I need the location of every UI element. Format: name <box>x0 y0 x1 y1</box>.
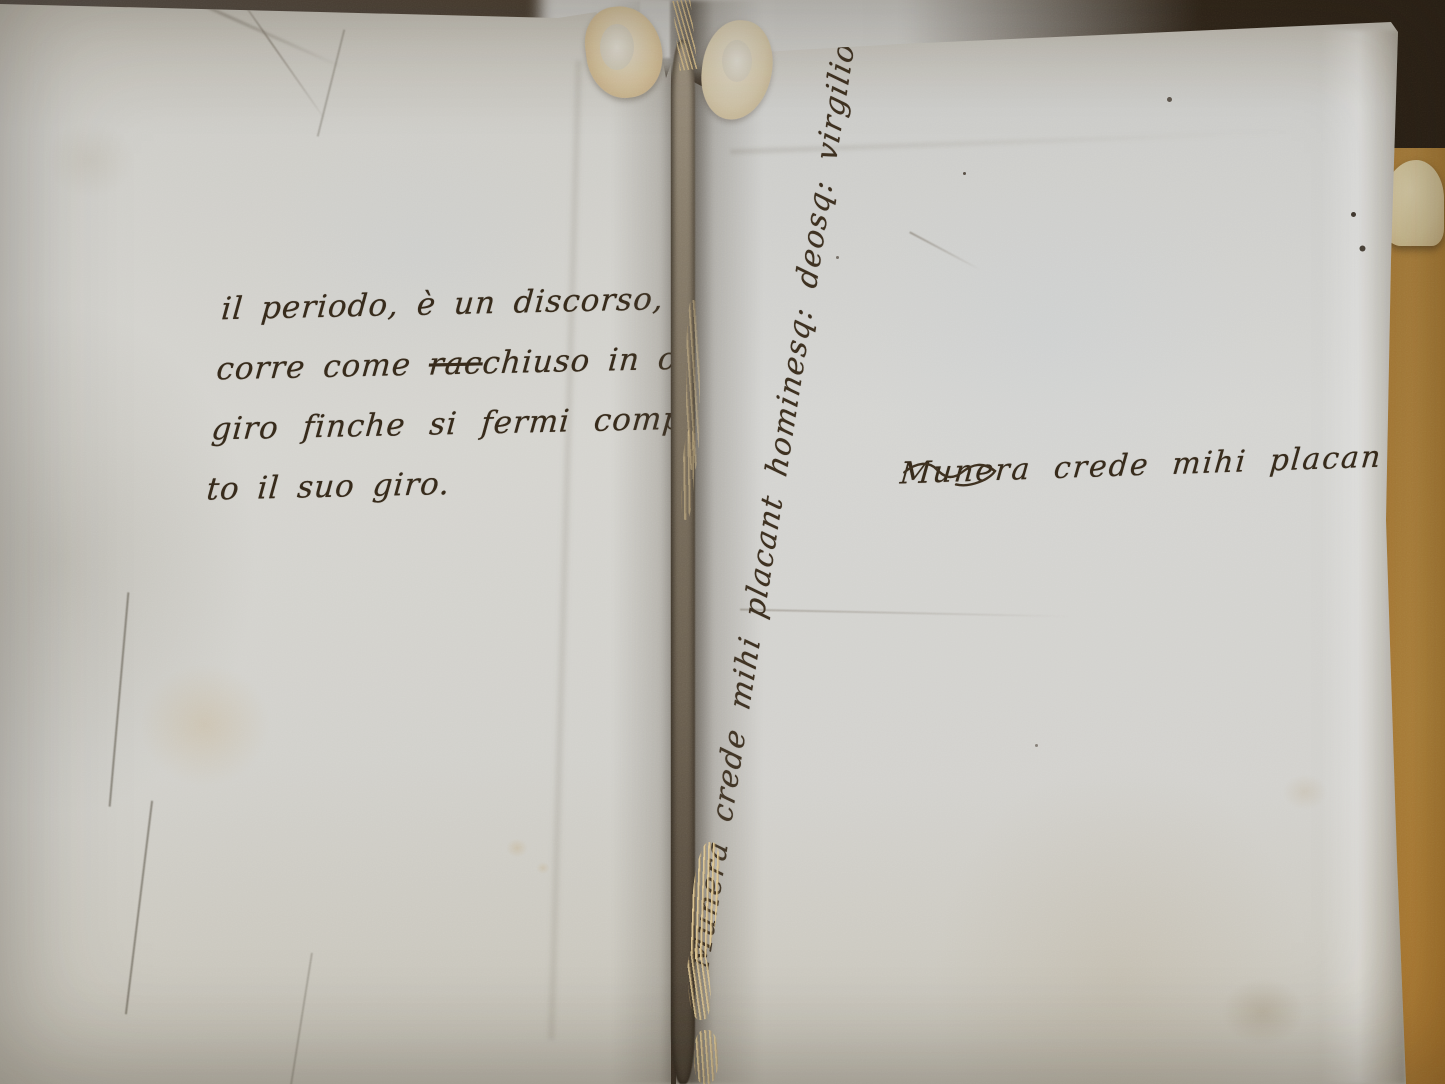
photo-vignette <box>0 0 1445 1084</box>
book-photograph: il periodo, è un discorso, che corre com… <box>0 0 1445 1084</box>
